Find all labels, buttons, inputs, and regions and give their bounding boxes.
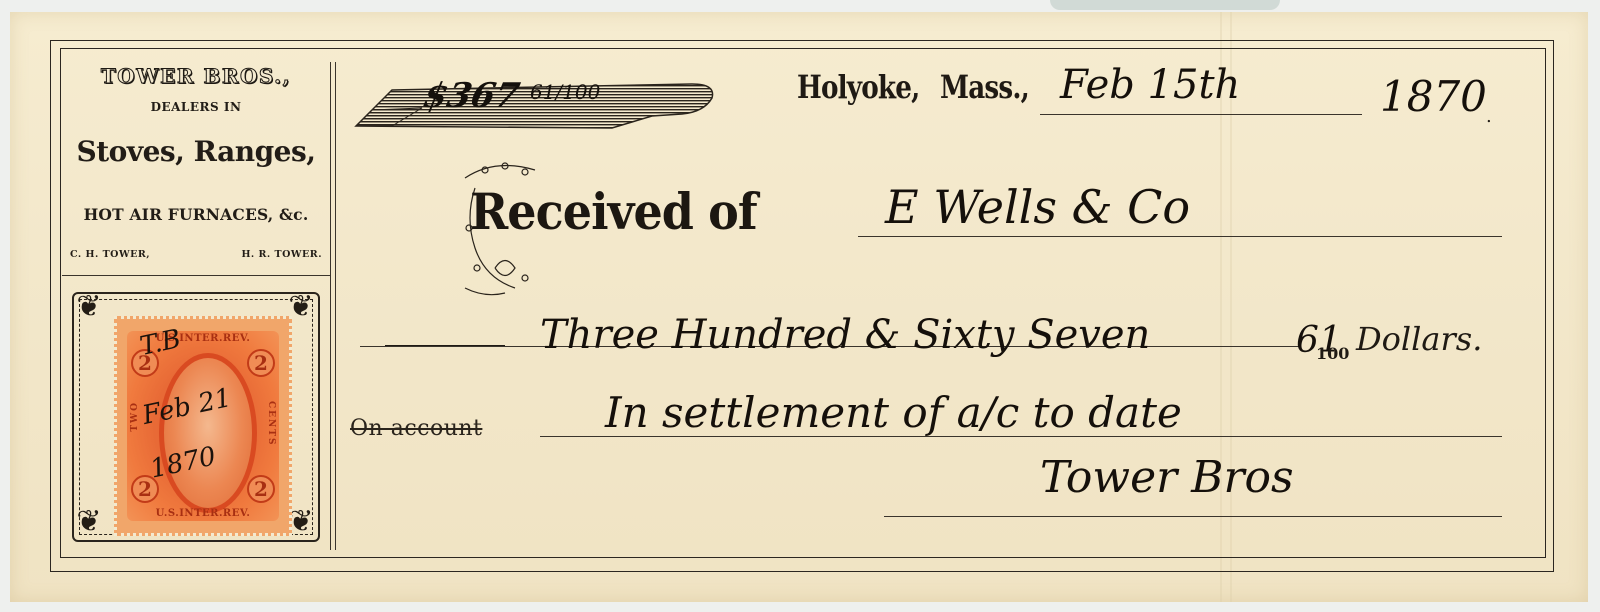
- goods-heading: Stoves, Ranges,: [62, 135, 330, 168]
- cents-denominator: 100: [1316, 344, 1349, 363]
- partners: C. H. TOWER, H. R. TOWER.: [62, 249, 330, 260]
- city: Holyoke,: [797, 68, 919, 106]
- stamp-side-text: CENTS: [266, 401, 276, 446]
- signature-line: [884, 516, 1502, 517]
- stamp-denomination: 2: [247, 349, 275, 377]
- payer-line: [858, 236, 1502, 237]
- flourish-corner-icon: ❦: [72, 290, 106, 324]
- on-account-label: On account: [350, 416, 482, 441]
- date-year: 1870: [1380, 72, 1487, 121]
- firm-name: TOWER BROS.,: [62, 64, 330, 88]
- date-trailing: .: [1486, 106, 1492, 127]
- amount-fraction: 61/100: [530, 80, 600, 104]
- state: Mass.,: [940, 68, 1029, 106]
- partner-name: H. R. TOWER.: [241, 249, 322, 260]
- signature: Tower Bros: [1040, 452, 1294, 503]
- amount-words: Three Hundred & Sixty Seven: [540, 312, 1150, 358]
- amount-figure: $367: [420, 76, 523, 116]
- flourish-corner-icon: ❦: [72, 505, 106, 539]
- stamp-denomination: 2: [247, 475, 275, 503]
- tape-strip: [1050, 0, 1280, 10]
- stamp-bottom-text: U.S.INTER.REV.: [127, 508, 279, 519]
- received-of-label: Received of: [470, 182, 757, 241]
- dollars-label: Dollars.: [1356, 320, 1482, 358]
- stamp-side-text: TWO: [130, 401, 140, 432]
- amount-banner: $367 61/100: [352, 70, 716, 132]
- memo-text: In settlement of a/c to date: [605, 388, 1182, 437]
- date-line: [1040, 114, 1362, 115]
- letterhead-rule: [62, 275, 330, 276]
- date-month-day: Feb 15th: [1060, 62, 1240, 108]
- letterhead-divider: [330, 62, 336, 550]
- dealers-in-label: DEALERS IN: [62, 100, 330, 114]
- partner-name: C. H. TOWER,: [70, 249, 150, 260]
- goods-secondary: HOT AIR FURNACES, &c.: [62, 205, 330, 224]
- payer-name: E Wells & Co: [885, 180, 1190, 234]
- portrait-oval-icon: [159, 353, 257, 513]
